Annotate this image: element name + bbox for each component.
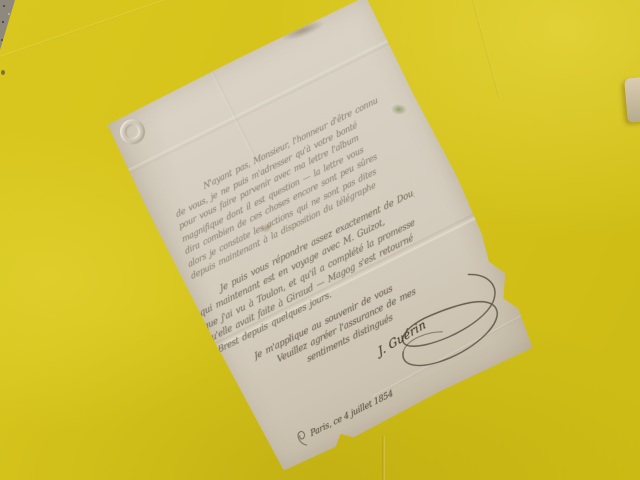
dateline-block: Paris, ce 4 juillet 1854 — [291, 384, 397, 452]
folder-crease-bottom — [382, 436, 385, 480]
table-corner — [0, 0, 22, 52]
folder-crease-top-right — [472, 0, 500, 99]
paper-scrap — [624, 77, 640, 122]
letter-sheet: N'ayant pas, Monsieur, l'honneur d'être … — [105, 0, 541, 476]
embossed-seal-icon — [116, 115, 150, 149]
bent-edge-shadow — [279, 17, 326, 44]
photo-background: N'ayant pas, Monsieur, l'honneur d'être … — [0, 0, 640, 480]
folder-crease-top-left — [0, 0, 180, 60]
dateline-text: Paris, ce 4 juillet 1854 — [310, 388, 395, 439]
debris-speck — [1, 70, 5, 75]
